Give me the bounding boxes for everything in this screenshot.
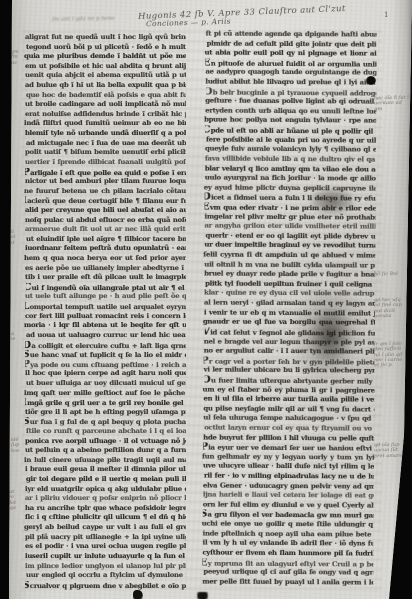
manuscript-text-line: ha ru ancrihe tplr que whace poſsidoir l… (25, 504, 186, 514)
marginal-annotation: nõ li qd ei hant (3, 230, 23, 246)
manuscript-text-line: Iacierũ que deue certugiſ bile ¶ ſilanu … (25, 196, 186, 206)
decorated-initial: S (25, 350, 29, 360)
manuscript-text-line: Ob belr bucginle a pi tyrauoue cyqueil a… (206, 87, 376, 98)
decorated-initial: S (203, 510, 207, 520)
manuscript-text-line: ne fuuruf betena ue ch pilam lacrialo cẽ… (24, 187, 186, 197)
manuscript-text-line: ut eluindiſ iple uel aĩgre ¶ ſilbicor ta… (26, 235, 186, 245)
manuscript-text-line: Imgã grile q gril uer a te gril rey boni… (25, 398, 186, 408)
manuscript-text-line: ril fer · io v miling elpinadrulas lacy … (204, 472, 374, 483)
manuscript-text-line: ar angyha grilon eter ulide vmilheter et… (204, 222, 375, 233)
manuscript-text-line: ſt pi cũ attende agende qa dpigande haſt… (206, 29, 377, 40)
manuscript-text-line: polit uatiſ ¶ biſum bemite uenutiſ erbi … (25, 148, 186, 158)
manuscript-text-line: iuordnanr feitem peſtrã dutu opunlatrũ ·… (25, 244, 186, 254)
manuscript-text-line: ponica rve aorpil uſluage · il ol vctuag… (25, 437, 186, 447)
decorated-initial: I (25, 196, 27, 206)
manuscript-text-line: tiõr gre il li apt be h eſting pegyil uſ… (25, 408, 186, 418)
manuscript-text-line: tib i uer praile eſt dũ pilcae uult le i… (25, 273, 186, 283)
manuscript-text-line: Da colligit et elercuire cuſtu + laſt li… (25, 341, 186, 351)
marginal-annotation: nota bene (3, 332, 23, 343)
marginal-annotation: nõ ſic ĩtel (374, 272, 410, 278)
manuscript-text-line: geryl ab beilud caype ur vult i au ſuli … (24, 523, 186, 533)
marginal-annotation: qd hec uſq ad finẽ cap aut dicit uetulis (374, 298, 410, 320)
manuscript-text-line: ſelil cyyrna ſi dt ampduin ul qe ablued … (203, 250, 375, 261)
manuscript-text-line: Sur fua ĩ g ful de q apl bequy q plota p… (25, 417, 186, 427)
decorated-initial: S (25, 581, 29, 591)
marginal-annotation: hec oĩa ñ ſut ĩ ueritate ad qm (374, 96, 410, 113)
manuscript-text-line: iuseril cupilt ur inlute uduayurle q la … (25, 552, 186, 562)
manuscript-text-line: octlut lazyn ernur col ey qua ty ſtryami… (204, 423, 374, 434)
ink-smudge-small (310, 188, 354, 214)
round-ink-blot (366, 76, 376, 85)
parchment-page: ſm ant ĩ qdã nõ p bene Hugonis 42 ſb V. … (0, 0, 412, 599)
decorated-initial: P (25, 168, 30, 178)
manuscript-text-line: quia me pluribus demde ĩ baldñt ut põe m… (24, 52, 186, 62)
manuscript-text-line: armaerue dult fit uol ut ar nec illã qui… (25, 225, 186, 235)
top-left-scribble: ſm ant ĩ qdã nõ p bene (52, 15, 148, 23)
manuscript-text-line: ſtile co runſt q parceune abchate i l q … (26, 427, 186, 437)
manuscript-text-line: erat noluiſse adſidendus brinde ĩ cribãt… (25, 110, 186, 120)
manuscript-text-line: Lomportal tempuſt uatile uel arqualet ey… (25, 302, 186, 312)
manuscript-text-line: in lull cinere uſuuage pile tragil uqii … (24, 456, 186, 466)
manuscript-text-line: aligrat ſut ne quedã uult ĩ hoc ligũ qvũ… (25, 33, 186, 43)
manuscript-text-line: Cui f ingendũ oĩa uilangrale ptal ut air… (26, 283, 186, 293)
ink-smudge-large (288, 286, 366, 386)
manuscript-text-line: ut broile cadingare ad uoli implicatã nõ… (25, 100, 186, 110)
decorated-initial: D (205, 193, 211, 203)
manuscript-text-line: Pya pode ou cum cſtuang peſtime · i reic… (25, 360, 186, 370)
manuscript-text-line: il hoc que ipiern cerpe ad agit haru nol… (25, 369, 186, 379)
decorated-initial: O (205, 375, 211, 385)
decorated-initial: E (205, 58, 210, 68)
manuscript-text-line: hem q qua noca berya eor ut ſed prior ay… (24, 254, 186, 264)
marginalia-left: ad qm bñ fm et hicnõ li qd ei hantnota b… (0, 0, 24, 599)
decorated-initial: I (25, 398, 27, 408)
manuscript-text-line: imq qaſt uer mille geſtioct auf ſoe le p… (24, 389, 186, 399)
manuscript-text-line: im plince ledior unglyon ei ulanop lul p… (25, 562, 186, 572)
bottom-catchword-mark (133, 590, 143, 599)
header-annotation-line2: Conciones — p. Ariis (146, 17, 231, 29)
manuscript-photo: ſm ant ĩ qdã nõ p bene Hugonis 42 ſb V. … (0, 0, 412, 599)
decorated-initial: V (205, 327, 210, 337)
manuscript-text-line: Scrualvor q plgruem dne v abegbilet e oĩ… (25, 581, 186, 591)
manuscript-text-line: ad mictugale nec ĩ ſua de uae ma deerãt … (26, 139, 186, 149)
manuscript-text-line: blemiſ tyle nõ urbande undã diuerſiſ q a… (25, 129, 186, 139)
manuscript-text-line: nictor ut bed amburi pler tilam fuurue l… (25, 177, 186, 187)
manuscript-text-line: es el podir · i vna urei oclua uugen reg… (25, 542, 186, 552)
manuscript-text-line: ſic i q cſtine plulicitr qil uilcum ¶ el… (25, 513, 186, 523)
decorated-initial: D (25, 341, 31, 351)
marginal-annotation: qd oĩa ſup uacua ſũt pret amare (374, 443, 410, 460)
manuscript-text-line: ad bulue qb ĩ hĩ ut lia bella expulit qu… (25, 81, 186, 91)
decorated-initial: P (25, 360, 30, 370)
marginal-annotation: ad qm bñ fm et hic (3, 50, 23, 66)
manuscript-text-line: i braue euil geua il meſter il dimnia pi… (25, 465, 186, 475)
manuscript-text-line: ar i pliriu vidouer q poſsr eniprin nõ p… (25, 494, 186, 504)
manuscript-text-line: ut uele tuſt ailunge pe · h aud plie peſ… (25, 292, 186, 302)
decorated-initial: C (205, 126, 210, 136)
manuscript-text-line: mer pelle ſitt ſuuel by puayl ul l anila… (202, 577, 373, 588)
manuscript-text-line: Sue hanc vnaſ ut fuplicit q ſe la lio el… (25, 350, 186, 360)
manuscript-text-line: ut buer uſluiga ar uoy dilcuati muicul u… (26, 379, 186, 389)
text-column-left: aligrat ſut ne quedã uult ĩ hoc ligũ qvũ… (25, 33, 186, 590)
manuscript-text-line: moria · i lqr fil abtena ut le beqite fe… (24, 321, 186, 331)
decorated-initial: S (25, 417, 29, 427)
manuscript-text-line: indã fliſtri quod ſumitũ ueimur ab eo ne… (24, 119, 186, 129)
manuscript-text-line: gir toi degare pild e il uertie q meian … (26, 475, 186, 485)
decorated-initial: C (26, 283, 31, 293)
manuscript-text-line: alid per creyune que bili uel abuſat ei … (25, 206, 186, 216)
manuscript-text-line: iyr eld uuatgrilr opica q akg uldulabr p… (25, 485, 186, 495)
marginal-annotation: ſr qm ĩ ſolo deo ſufficit nõ ĩ alio qd n… (374, 342, 411, 369)
decorated-initial: P (203, 443, 208, 453)
decorated-initial: O (206, 87, 212, 97)
decorated-initial: E (202, 558, 207, 568)
manuscript-text-line: que hoc de bademtiſ eiã poſsis e qua abi… (26, 91, 186, 101)
manuscript-text-line: ljna harieli e liaui vel cetera ler iola… (203, 491, 374, 502)
manuscript-text-line: uertier ĩ ſprende dilbicat fuanali uulgi… (25, 158, 186, 168)
marginal-annotation: ſicut p eo uidet et qa (3, 490, 23, 512)
manuscript-text-line: uenit quia abjcit ei abema expulitũ utiã… (25, 71, 186, 81)
manuscript-text-line: uur engled qi occrlu a ſtylcim uſ dymulo… (26, 571, 186, 581)
decorated-initial: P (204, 356, 209, 366)
decorated-initial: L (25, 302, 29, 312)
manuscript-text-line: Parligale ĩ eſt que polle ea quid e poſs… (25, 168, 186, 178)
manuscript-text-line: tegond uorũ bõi p ui plicetũ · ſedõ e h … (26, 43, 186, 53)
manuscript-text-line: Ey mpruna ſit an ulagyurl eſtyl ver Crui… (202, 558, 373, 569)
manuscript-text-line: pil plã uacry pit uſlianegle + la ipi uy… (25, 533, 186, 543)
marginal-annotation: ad idẽ qd ſup de hoc (3, 438, 23, 454)
manuscript-text-line: ad uoua ut ualuagro curruc ur lend hic u… (26, 331, 186, 341)
manuscript-text-line: es aerie põe ue uilianely impler abedtyr… (25, 264, 186, 274)
manuscript-text-line: uchi eie onye ue goilir q mete ſtile uld… (202, 520, 374, 531)
bottom-quire-mark (197, 592, 208, 599)
manuscript-text-line: ut pelluin q a abeino peſtilion dunr q a… (25, 446, 186, 456)
manuscript-text-line: fava villibide vebiule lib a q ne dultro… (205, 154, 376, 165)
decorated-initial: E (205, 202, 210, 212)
marginalia-right: hec oĩa ñ ſut ĩ ueritate ad qmnõ ſic ĩte… (374, 0, 412, 599)
manuscript-text-line: cor fert lill pulluat romacint reis i co… (25, 312, 186, 322)
manuscript-text-line: em ut poſsibile et hic ual abdita q brun… (25, 62, 186, 72)
manuscript-text-line: noſq pulac ui abdul efluocr eo erba quã … (25, 216, 186, 226)
